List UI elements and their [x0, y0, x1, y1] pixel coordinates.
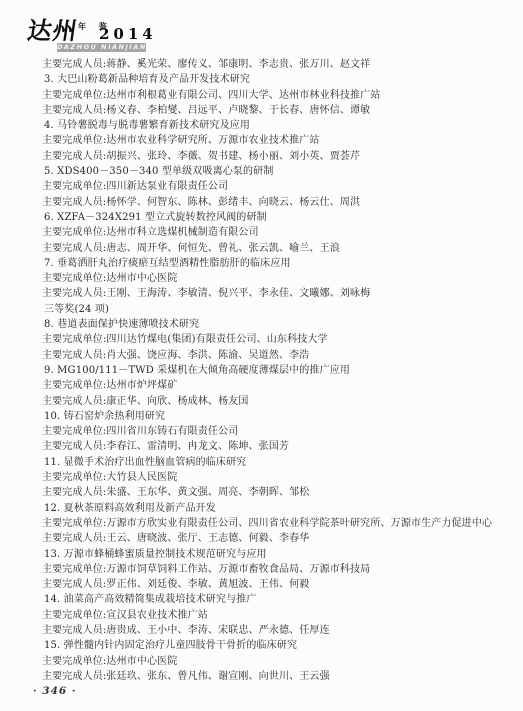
item-title: 6. XZFA－324X291 型立式旋转数控风阀的研制	[42, 210, 512, 225]
unit-line: 主要完成单位:宣汉县农业技术推广站	[42, 608, 512, 623]
people-line: 主要完成人员:唐志、周开华、何恒先、曾礼、张云凯、喻兰、王浪	[42, 241, 512, 256]
people-line: 主要完成人员:杨怀学、何智东、陈林、彭绪丰、向晓云、杨云仕、周洪	[42, 195, 512, 210]
item-title: 10. 铸石窑炉余热利用研究	[42, 409, 512, 424]
unit-line: 主要完成单位:达州市利根葛业有限公司、四川大学、达州市林业科技推广站	[42, 88, 512, 103]
item-title: 7. 垂葛洒肝丸治疗痰瘀互结型酒精性脂肪肝的临床应用	[42, 256, 512, 271]
item-title: 9. MG100/111－TWD 采煤机在大倾角高硬度薄煤层中的推广应用	[42, 363, 512, 378]
people-line: 主要完成人员:杨义春、李柏燮、吕远平、卢晓黎、于长春、唐怀信、谭敏	[42, 103, 512, 118]
people-line: 主要完成人员:康正华、向欣、杨成林、杨友国	[42, 394, 512, 409]
people-line: 主要完成人员:罗正伟、刘廷俊、李敏、黄旭波、王伟、何毅	[42, 577, 512, 592]
item-title: 13. 万源市蜂桶蜂蜜质量控制技术规范研究与应用	[42, 547, 512, 562]
logo-year-text: 2014	[99, 25, 157, 43]
unit-line: 主要完成单位:万源市方欣实业有限责任公司、四川省农业科学院茶叶研究所、万源市生产…	[42, 516, 512, 531]
people-line: 主要完成人员:唐贵成、王小中、李涛、宋联忠、严永德、任厚连	[42, 623, 512, 638]
logo-gray-bar: DAZHOU NIANJIAN	[57, 43, 146, 52]
page-number: · 346 ·	[33, 685, 77, 697]
unit-line: 主要完成单位:万源市饲草饲料工作站、万源市畜牧食品局、万源市科技局	[42, 562, 512, 577]
people-line: 主要完成人员:朱盛、王东华、黄文强、周亮、李朝晖、邹松	[42, 485, 512, 500]
masthead-logo: 达州 年 鉴 2014 DAZHOU NIANJIAN	[28, 10, 198, 54]
award-header: 三等奖(24 项)	[42, 302, 512, 317]
item-title: 11. 显微手术治疗出血性脑血管病的临床研究	[42, 455, 512, 470]
item-title: 15. 弹性髓内针内固定治疗儿童四肢骨干骨折的临床研究	[42, 638, 512, 653]
unit-line: 主要完成单位:四川达竹煤电(集团)有限责任公司、山东科技大学	[42, 332, 512, 347]
unit-line: 主要完成单位:四川新达泵业有限责任公司	[42, 179, 512, 194]
item-title: 8. 巷道表面保护快速薄喷技术研究	[42, 317, 512, 332]
item-title: 3. 大巴山粉葛新品种培育及产品开发技术研究	[42, 72, 512, 87]
item-title: 12. 夏秋茶原料高效利用及新产品开发	[42, 501, 512, 516]
people-line: 主要完成人员:张廷玖、张东、曾凡伟、谢宣刚、向世川、王云强	[42, 669, 512, 684]
people-line: 主要完成人员:王刚、王海涛、李敏清、倪兴平、李永佳、文曦娜、刘咏梅	[42, 286, 512, 301]
people-line: 主要完成人员:蒋静、奚光荣、廖传义、邹康明、李志贵、张万川、赵文祥	[42, 57, 512, 72]
yearbook-page: 达州 年 鉴 2014 DAZHOU NIANJIAN 主要完成人员:蒋静、奚光…	[0, 0, 523, 711]
unit-line: 主要完成单位:达州市农业科学研究所、万源市农业技术推广站	[42, 133, 512, 148]
people-line: 主要完成人员:胡振兴、张玲、李薇、贺书建、杨小丽、刘小英、贾荟芹	[42, 149, 512, 164]
item-title: 14. 油菜高产高效精简集成栽培技术研究与推广	[42, 592, 512, 607]
unit-line: 主要完成单位:达州市科立选煤机械制造有限公司	[42, 225, 512, 240]
logo-english-text: DAZHOU NIANJIAN	[57, 43, 146, 52]
unit-line: 主要完成单位:达州市中心医院	[42, 654, 512, 669]
unit-line: 主要完成单位:达州市中心医院	[42, 271, 512, 286]
logo-dazhou-text: 达州	[26, 11, 81, 46]
item-title: 5. XDS400－350－340 型单级双吸离心泵的研制	[42, 164, 512, 179]
people-line: 主要完成人员:王云、唐晓波、张厅、王志德、何毅、李春华	[42, 531, 512, 546]
unit-line: 主要完成单位:达州市炉坪煤矿	[42, 378, 512, 393]
content-area: 主要完成人员:蒋静、奚光荣、廖传义、邹康明、李志贵、张万川、赵文祥3. 大巴山粉…	[42, 57, 512, 684]
item-title: 4. 马铃薯脱毒与脱毒薯繁育新技术研究及应用	[42, 118, 512, 133]
unit-line: 主要完成单位:大竹县人民医院	[42, 470, 512, 485]
unit-line: 主要完成单位:四川省川东铸石有限责任公司	[42, 424, 512, 439]
people-line: 主要完成人员:肖大强、饶应海、李洪、陈渝、吴道然、李浩	[42, 348, 512, 363]
people-line: 主要完成人员:李春江、雷清明、冉龙文、陈坤、张国芳	[42, 439, 512, 454]
